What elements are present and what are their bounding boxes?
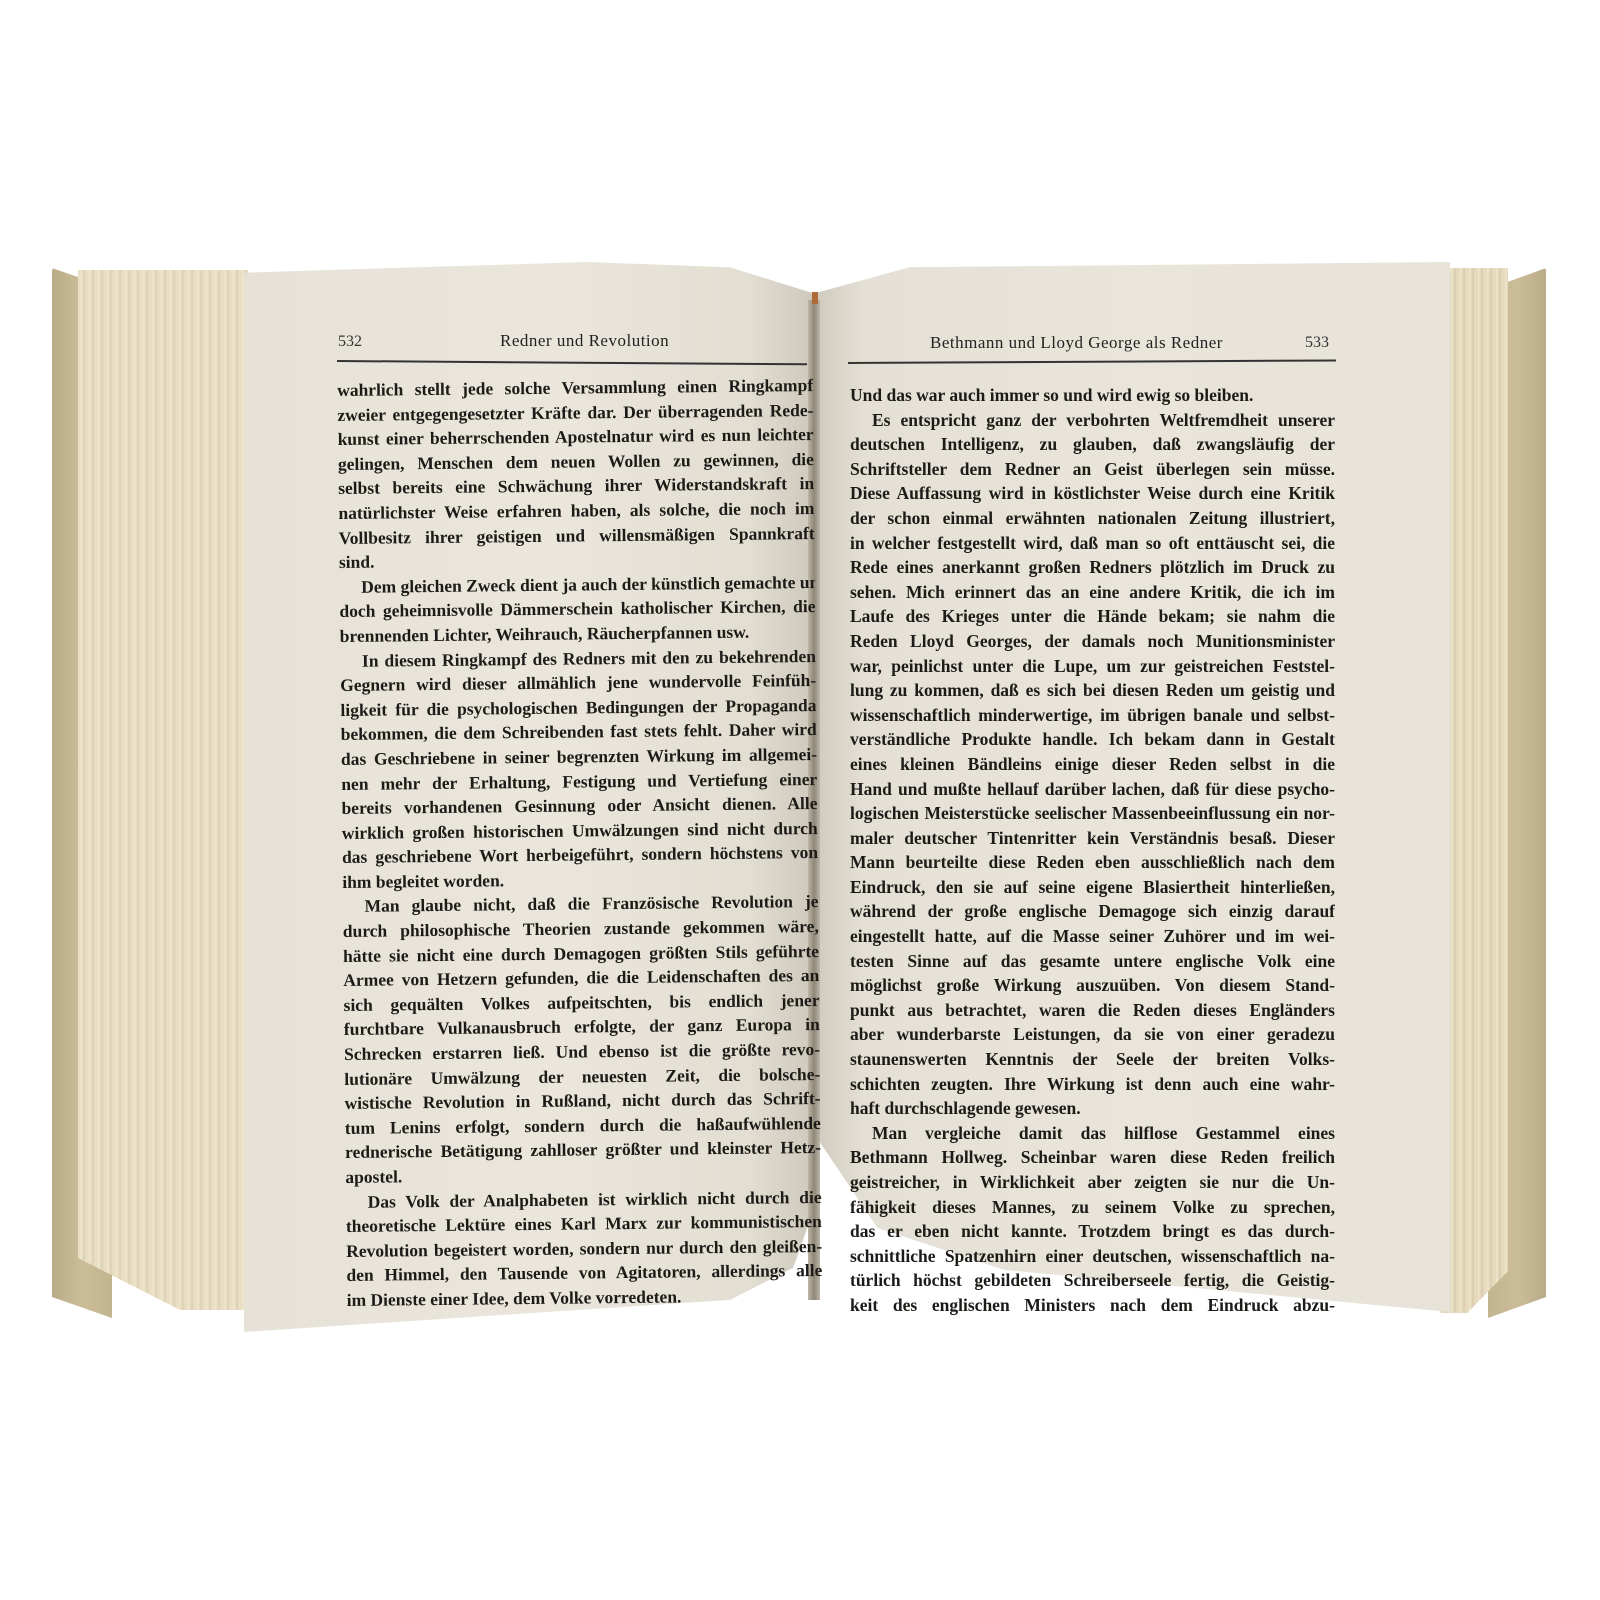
text-line: Diese Auffassung wird in köstlichster We… bbox=[850, 481, 1335, 506]
text-line: lung zu kommen, daß es sich bei diesen R… bbox=[850, 678, 1335, 703]
text-line: der schon einmal erwähnten nationalen Ze… bbox=[850, 506, 1335, 531]
text-line: haft durchschlagende gewesen. bbox=[850, 1096, 1335, 1121]
text-line: während der große englische Demagoge sic… bbox=[850, 899, 1335, 924]
text-line: Man vergleiche damit das hilflose Gestam… bbox=[850, 1121, 1335, 1146]
text-line: Es entspricht ganz der verbohrten Weltfr… bbox=[850, 408, 1335, 433]
text-line: sehen. Mich erinnert das an eine andere … bbox=[850, 580, 1335, 605]
text-line: den Himmel, den Tausende von Agitatoren,… bbox=[346, 1258, 822, 1288]
right-page-body: Und das war auch immer so und wird ewig … bbox=[850, 383, 1335, 1318]
text-line: geistreicher, in Wirklichkeit aber zeigt… bbox=[850, 1170, 1335, 1195]
headband bbox=[812, 292, 818, 304]
text-line: Eindruck, den sie auf seine eigene Blasi… bbox=[850, 875, 1335, 900]
text-line: rednerische Betätigung zahlloser größter… bbox=[345, 1135, 821, 1165]
text-line: im Dienste einer Idee, dem Volke vorrede… bbox=[347, 1283, 823, 1313]
text-line: Schriftsteller dem Redner an Geist überl… bbox=[850, 457, 1335, 482]
text-line: schichten zeugten. Ihre Wirkung ist denn… bbox=[850, 1072, 1335, 1097]
open-book: 532 Redner und Revolution Bethmann und L… bbox=[0, 0, 1600, 1600]
text-line: eingestellt hatte, auf die Masse seiner … bbox=[850, 924, 1335, 949]
text-line: türlich höchst gebildeten Schreiberseele… bbox=[850, 1268, 1335, 1293]
text-line: in welcher festgestellt wird, daß man so… bbox=[850, 531, 1335, 556]
text-line: Hand und mußte hellauf darüber lachen, d… bbox=[850, 777, 1335, 802]
text-line: testen Sinne auf das gesamte untere engl… bbox=[850, 949, 1335, 974]
text-line: schnittliche Spatzenhirn einer deutschen… bbox=[850, 1244, 1335, 1269]
text-line: Bethmann Hollweg. Scheinbar waren diese … bbox=[850, 1145, 1335, 1170]
left-page-body: wahrlich stellt jede solche Versammlung … bbox=[337, 373, 823, 1312]
text-line: Laufe des Krieges unter die Hände bekam;… bbox=[850, 604, 1335, 629]
text-line: maler deutscher Tintenritter kein Verstä… bbox=[850, 826, 1335, 851]
text-line: Und das war auch immer so und wird ewig … bbox=[850, 383, 1335, 408]
text-line: punkt aus betrachtet, waren die Reden di… bbox=[850, 998, 1335, 1023]
text-line: Mann beurteilte diese Reden eben ausschl… bbox=[850, 850, 1335, 875]
left-running-head: Redner und Revolution bbox=[500, 331, 669, 351]
text-line: Vollbesitz ihrer geistigen und willensmä… bbox=[339, 521, 815, 551]
text-line: fähigkeit dieses Mannes, zu seinem Volke… bbox=[850, 1195, 1335, 1220]
text-line: logischen Meisterstücke seelischer Masse… bbox=[850, 801, 1335, 826]
text-line: wissenschaftlich minderwertige, im übrig… bbox=[850, 703, 1335, 728]
text-line: deutschen Intelligenz, zu glauben, daß z… bbox=[850, 432, 1335, 457]
text-line: Reden Lloyd Georges, der damals noch Mun… bbox=[850, 629, 1335, 654]
page-edges-left bbox=[78, 270, 248, 1310]
text-line: möglichst große Wirkung auszuüben. Von d… bbox=[850, 973, 1335, 998]
text-line: das geschriebene Wort herbeigeführt, son… bbox=[342, 840, 818, 870]
text-line: verständliche Produkte handle. Ich bekam… bbox=[850, 727, 1335, 752]
right-running-head: Bethmann und Lloyd George als Redner bbox=[930, 333, 1223, 353]
left-page-number: 532 bbox=[338, 333, 362, 351]
text-line: aber wunderbarste Leistungen, da sie von… bbox=[850, 1022, 1335, 1047]
text-line: staunenswerten Kenntnis der Seele der br… bbox=[850, 1047, 1335, 1072]
text-line: Rede eines anerkannt großen Redners plöt… bbox=[850, 555, 1335, 580]
text-line: das er eben nicht kannte. Trotzdem bring… bbox=[850, 1219, 1335, 1244]
text-line: keit des englischen Ministers nach dem E… bbox=[850, 1293, 1335, 1318]
right-page-number: 533 bbox=[1305, 334, 1329, 352]
page-edges-right bbox=[1440, 268, 1508, 1313]
text-line: war, peinlichst unter die Lupe, um zur g… bbox=[850, 654, 1335, 679]
text-line: eines kleinen Bändleins einige dieser Re… bbox=[850, 752, 1335, 777]
